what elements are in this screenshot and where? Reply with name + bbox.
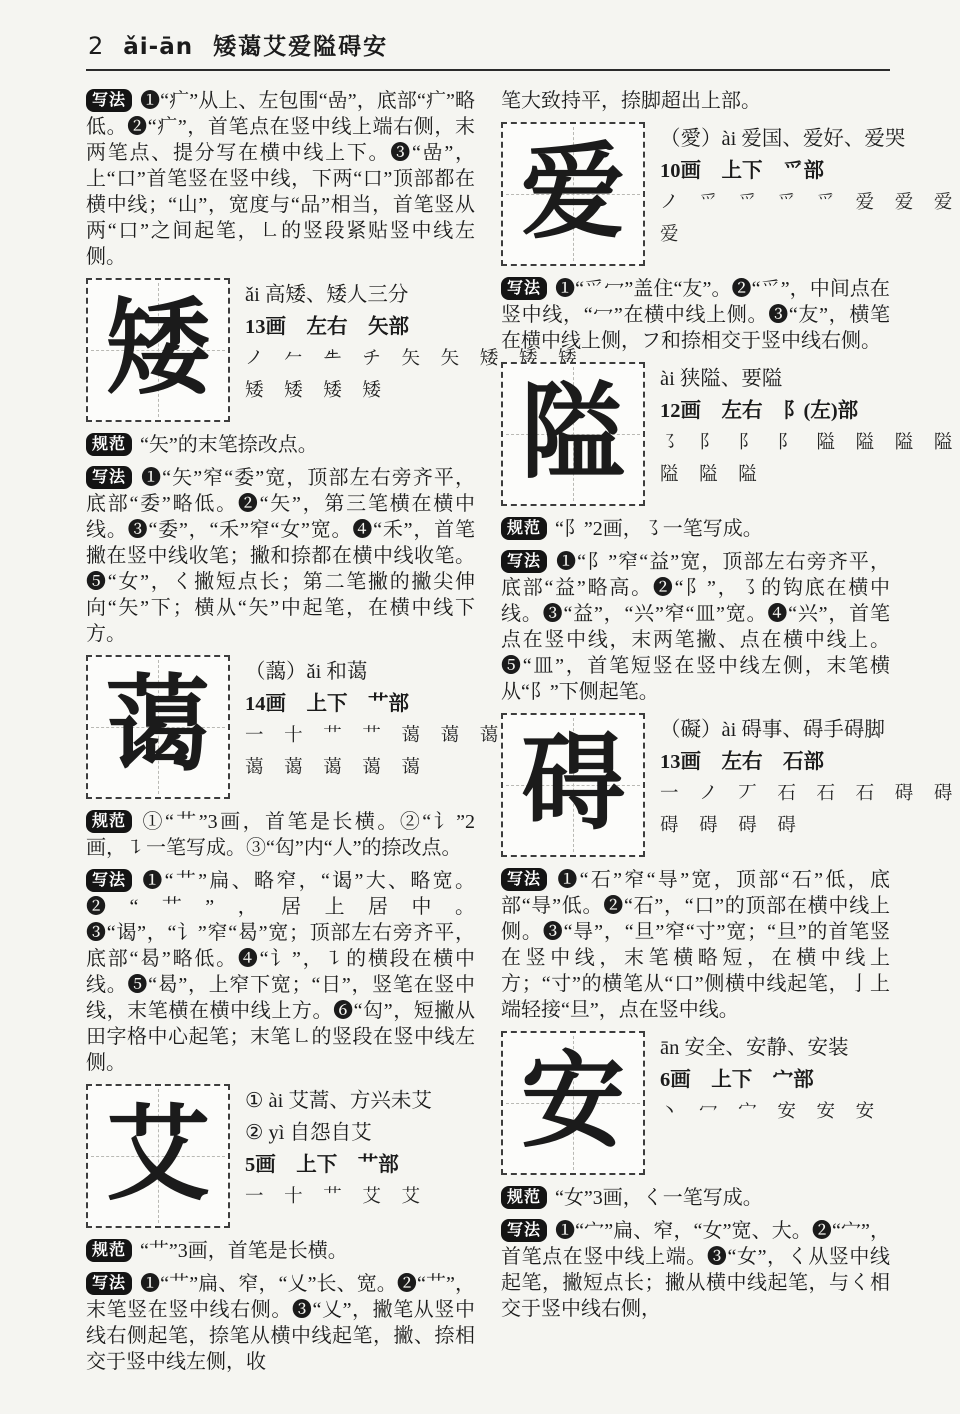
note-text: ❶“爫冖”盖住“友”。❷“爫”，中间点在竖中线，“冖”在横中线上侧。❸“友”，横… [501,278,890,352]
note-block: 写法❶“宀”扁、窄，“女”宽、大。❷“宀”，首笔点在竖中线上端。❸“女”，く从竖… [501,1218,890,1322]
xiefa-pill-label: 写法 [501,1219,547,1242]
entry-info: （愛）ài 爱国、爱好、爱哭 10画 上下 爫部 ノ 爫 爫 爫 爫 爱 爱 爱… [660,122,960,266]
entry-ai-narrow-pass: 隘 ài 狭隘、要隘 12画 左右 阝(左)部 ㇌ 阝 阝 阝 隘 隘 隘 隘 … [501,362,890,506]
entry-info: （礙）ài 碍事、碍手碍脚 13画 左右 石部 一 ノ 丆 石 石 石 碍 碍 … [660,713,960,857]
headword-glyph: 碍 [521,733,625,837]
note-block: 规范①“艹”3画，首笔是长横。②“讠”2画，㇊一笔写成。③“匃”内“人”的捺改点… [86,809,475,861]
note-text: ❶“艹”扁、略窄，“谒”大、略宽。❷“艹”，居上居中。❸“谒”，“讠”窄“曷”宽… [86,870,475,1074]
note-text: ❶“艹”扁、窄，“乂”长、宽。❷“艹”，末笔竖在竖中线右侧。❸“乂”，撇笔从竖中… [86,1273,475,1373]
headword-glyph: 艾 [106,1104,210,1208]
stroke-order-row-1: 一 ノ 丆 石 石 石 碍 碍 碍 [660,778,960,810]
entry-info: ài 狭隘、要隘 12画 左右 阝(左)部 ㇌ 阝 阝 阝 隘 隘 隘 隘 隘 … [660,362,960,506]
character-box: 蔼 [86,655,230,799]
note-text: 笔大致持平，捺脚超出上部。 [501,90,761,112]
note-block: 规范“阝”2画，㇌一笔写成。 [501,516,890,542]
guifan-pill-label: 规范 [501,517,547,540]
meta-line: 10画 上下 爫部 [660,155,960,187]
headword-glyph: 蔼 [106,675,210,779]
entry-info: ① ài 艾蒿、方兴未艾 ② yì 自怨自艾 5画 上下 艹部 一 十 艹 艾 … [245,1084,475,1228]
note-block: 写法❶“疒”从上、左包围“嵒”，底部“疒”略低。❷“疒”，首笔点在竖中线上端右侧… [86,88,475,270]
note-text: ❶“疒”从上、左包围“嵒”，底部“疒”略低。❷“疒”，首笔点在竖中线上端右侧，末… [86,90,475,268]
continuation-text: 笔大致持平，捺脚超出上部。 [501,88,890,114]
character-box: 艾 [86,1084,230,1228]
headword-glyph: 隘 [521,382,625,486]
definition-line: （礙）ài 碍事、碍手碍脚 [660,714,960,746]
stroke-order-row-2: 隘 隘 隘 [660,459,960,491]
entry-ai-love: 爱 （愛）ài 爱国、爱好、爱哭 10画 上下 爫部 ノ 爫 爫 爫 爫 爱 爱… [501,122,890,266]
note-text: ❶“宀”扁、窄，“女”宽、大。❷“宀”，首笔点在竖中线上端。❸“女”，く从竖中线… [501,1220,890,1320]
stroke-order-row-2: 碍 碍 碍 碍 [660,810,960,842]
definition-line: ài 狭隘、要隘 [660,363,960,395]
meta-line: 13画 左右 石部 [660,746,960,778]
page-header: 2 ǎi-ān 矮蔼艾爱隘碍安 [86,24,890,71]
guifan-pill-label: 规范 [501,1186,547,1209]
character-box: 隘 [501,362,645,506]
guifan-pill-label: 规范 [86,433,132,456]
note-block: 规范“艹”3画，首笔是长横。 [86,1238,475,1264]
headword-glyph: 安 [521,1051,625,1155]
note-block: 写法❶“阝”窄“益”宽，顶部左右旁齐平，底部“益”略高。❷“阝”，㇌的钩底在横中… [501,549,890,705]
character-box: 爱 [501,122,645,266]
note-text: ❶“阝”窄“益”宽，顶部左右旁齐平，底部“益”略高。❷“阝”，㇌的钩底在横中线。… [501,551,890,703]
definition-line-1: ① ài 艾蒿、方兴未艾 [245,1085,475,1117]
meta-line: 6画 上下 宀部 [660,1064,890,1096]
note-block: 规范“矢”的末笔捺改点。 [86,432,475,458]
definition-line: （愛）ài 爱国、爱好、爱哭 [660,123,960,155]
xiefa-pill-label: 写法 [86,869,132,892]
xiefa-pill-label: 写法 [501,868,547,891]
note-block: 写法❶“矢”窄“委”宽，顶部左右旁齐平，底部“委”略低。❷“矢”，第三笔横在横中… [86,465,475,647]
stroke-order-row-1: 丶 冖 宀 安 安 安 [660,1096,890,1128]
note-block: 写法❶“石”窄“㝵”宽，顶部“石”低，底部“㝵”低。❷“石”，“口”的顶部在横中… [501,867,890,1023]
note-text: “矢”的末笔捺改点。 [140,434,318,456]
headword-glyph: 矮 [106,298,210,402]
note-text: “艹”3画，首笔是长横。 [140,1240,348,1262]
page-number: 2 [88,32,103,60]
meta-line: 12画 左右 阝(左)部 [660,395,960,427]
entry-ai-mugwort: 艾 ① ài 艾蒿、方兴未艾 ② yì 自怨自艾 5画 上下 艹部 一 十 艹 … [86,1084,475,1228]
definition-line: ān 安全、安静、安装 [660,1032,890,1064]
entry-info: ān 安全、安静、安装 6画 上下 宀部 丶 冖 宀 安 安 安 [660,1031,890,1175]
note-text: “女”3画，く一笔写成。 [555,1187,763,1209]
xiefa-pill-label: 写法 [86,466,132,489]
two-column-layout: 写法❶“疒”从上、左包围“嵒”，底部“疒”略低。❷“疒”，首笔点在竖中线上端右侧… [86,85,890,1382]
entry-ai-dwarf: 矮 ǎi 高矮、矮人三分 13画 左右 矢部 ノ 𠂉 𠂒 チ 矢 矢 矮 矮 矮… [86,278,475,422]
stroke-order-row-1: 一 十 艹 艾 艾 [245,1181,475,1213]
note-text: ①“艹”3画，首笔是长横。②“讠”2画，㇊一笔写成。③“匃”内“人”的捺改点。 [86,811,475,859]
left-column: 写法❶“疒”从上、左包围“嵒”，底部“疒”略低。❷“疒”，首笔点在竖中线上端右侧… [86,85,475,1382]
guifan-pill-label: 规范 [86,810,132,833]
character-box: 安 [501,1031,645,1175]
note-text: “阝”2画，㇌一笔写成。 [555,518,763,540]
note-text: ❶“石”窄“㝵”宽，顶部“石”低，底部“㝵”低。❷“石”，“口”的顶部在横中线上… [501,869,890,1021]
xiefa-pill-label: 写法 [501,277,547,300]
note-block: 写法❶“艹”扁、略窄，“谒”大、略宽。❷“艹”，居上居中。❸“谒”，“讠”窄“曷… [86,868,475,1076]
entry-ai-amiable: 蔼 （藹）ǎi 和蔼 14画 上下 艹部 一 十 艹 艹 蔼 蔼 蔼 蔼 蔼 蔼… [86,655,475,799]
note-block: 写法❶“艹”扁、窄，“乂”长、宽。❷“艹”，末笔竖在竖中线右侧。❸“乂”，撇笔从… [86,1271,475,1375]
stroke-order-row-1: ㇌ 阝 阝 阝 隘 隘 隘 隘 隘 [660,427,960,459]
entry-ai-hinder: 碍 （礙）ài 碍事、碍手碍脚 13画 左右 石部 一 ノ 丆 石 石 石 碍 … [501,713,890,857]
xiefa-pill-label: 写法 [86,1272,132,1295]
guifan-pill-label: 规范 [86,1239,132,1262]
stroke-order-row-1: ノ 爫 爫 爫 爫 爱 爱 爱 爱 [660,187,960,219]
headword-glyph: 爱 [521,142,625,246]
note-block: 规范“女”3画，く一笔写成。 [501,1185,890,1211]
entry-an-peace: 安 ān 安全、安静、安装 6画 上下 宀部 丶 冖 宀 安 安 安 [501,1031,890,1175]
note-text: ❶“矢”窄“委”宽，顶部左右旁齐平，底部“委”略低。❷“矢”，第三笔横在横中线。… [86,467,475,645]
stroke-order-row-2: 爱 [660,219,960,251]
headword-list: 矮蔼艾爱隘碍安 [213,28,388,61]
definition-line-2: ② yì 自怨自艾 [245,1117,475,1149]
dictionary-page: 2 ǎi-ān 矮蔼艾爱隘碍安 写法❶“疒”从上、左包围“嵒”，底部“疒”略低。… [0,0,960,1382]
character-box: 矮 [86,278,230,422]
pinyin-range: ǎi-ān [123,34,193,60]
note-block: 写法❶“爫冖”盖住“友”。❷“爫”，中间点在竖中线，“冖”在横中线上侧。❸“友”… [501,276,890,354]
meta-line: 5画 上下 艹部 [245,1149,475,1181]
xiefa-pill-label: 写法 [86,89,132,112]
character-box: 碍 [501,713,645,857]
xiefa-pill-label: 写法 [501,550,547,573]
right-column: 笔大致持平，捺脚超出上部。 爱 （愛）ài 爱国、爱好、爱哭 10画 上下 爫部… [501,85,890,1382]
